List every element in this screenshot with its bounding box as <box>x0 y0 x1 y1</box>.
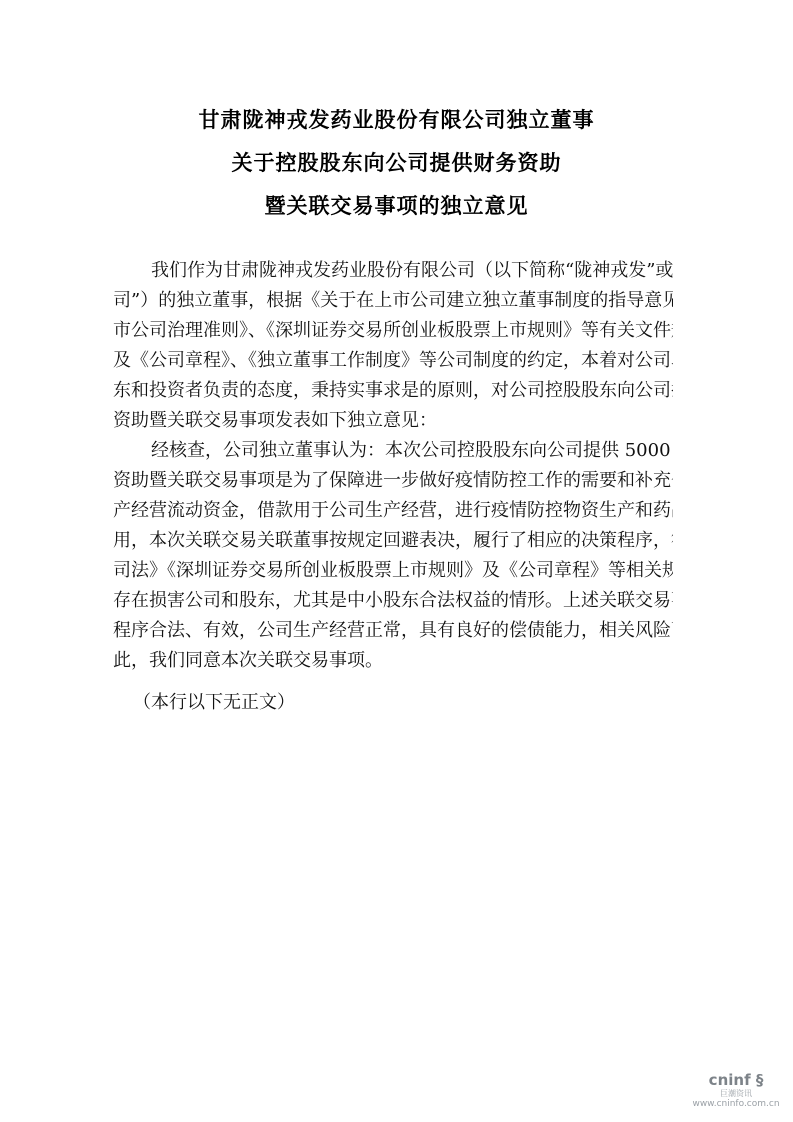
paragraph-2-line: 产经营流动资金，借款用于公司生产经营，进行疫情防控物资生产和药品生产使 <box>113 496 673 526</box>
paragraph-1-line: 市公司治理准则》、《深圳证券交易所创业板股票上市规则》等有关文件规定，以 <box>113 316 673 346</box>
closing-note: （本行以下无正文） <box>133 688 295 718</box>
paragraph-2-line: 存在损害公司和股东，尤其是中小股东合法权益的情形。上述关联交易事项决策 <box>113 586 673 616</box>
document-title-line-3: 暨关联交易事项的独立意见 <box>0 190 793 220</box>
cninfo-logo: cninf § <box>691 1071 781 1090</box>
paragraph-2-line: 经核查，公司独立董事认为：本次公司控股股东向公司提供 5000 万元财务 <box>113 436 673 466</box>
paragraph-2-line: 用，本次关联交易关联董事按规定回避表决，履行了相应的决策程序，符合《公 <box>113 526 673 556</box>
cninfo-logo-text: cninf <box>709 1071 751 1089</box>
cninfo-url: www.cninfo.com.cn <box>691 1099 781 1110</box>
cninfo-logo-icon: § <box>756 1071 764 1089</box>
document-body: 我们作为甘肃陇神戎发药业股份有限公司（以下简称“陇神戎发”或“公 司”）的独立董… <box>113 256 673 676</box>
document-title-line-2: 关于控股股东向公司提供财务资助 <box>0 147 793 177</box>
document-title-line-1: 甘肃陇神戎发药业股份有限公司独立董事 <box>0 104 793 134</box>
paragraph-1-line: 我们作为甘肃陇神戎发药业股份有限公司（以下简称“陇神戎发”或“公 <box>113 256 673 286</box>
paragraph-2-line: 司法》《深圳证券交易所创业板股票上市规则》及《公司章程》等相关规定，不 <box>113 556 673 586</box>
paragraph-1-line: 资助暨关联交易事项发表如下独立意见： <box>113 406 673 436</box>
cninfo-watermark: cninf § 巨潮资讯 www.cninfo.com.cn <box>691 1071 781 1111</box>
paragraph-1-line: 司”）的独立董事，根据《关于在上市公司建立独立董事制度的指导意见》、《上 <box>113 286 673 316</box>
paragraph-2-line: 此，我们同意本次关联交易事项。 <box>113 646 673 676</box>
paragraph-2-line: 程序合法、有效，公司生产经营正常，具有良好的偿债能力，相关风险可控。因 <box>113 616 673 646</box>
paragraph-1-line: 及《公司章程》、《独立董事工作制度》等公司制度的约定，本着对公司、全体股 <box>113 346 673 376</box>
paragraph-1-line: 东和投资者负责的态度，秉持实事求是的原则，对公司控股股东向公司提供财务 <box>113 376 673 406</box>
cninfo-subtitle: 巨潮资讯 <box>691 1089 781 1099</box>
paragraph-2-line: 资助暨关联交易事项是为了保障进一步做好疫情防控工作的需要和补充公司生 <box>113 466 673 496</box>
